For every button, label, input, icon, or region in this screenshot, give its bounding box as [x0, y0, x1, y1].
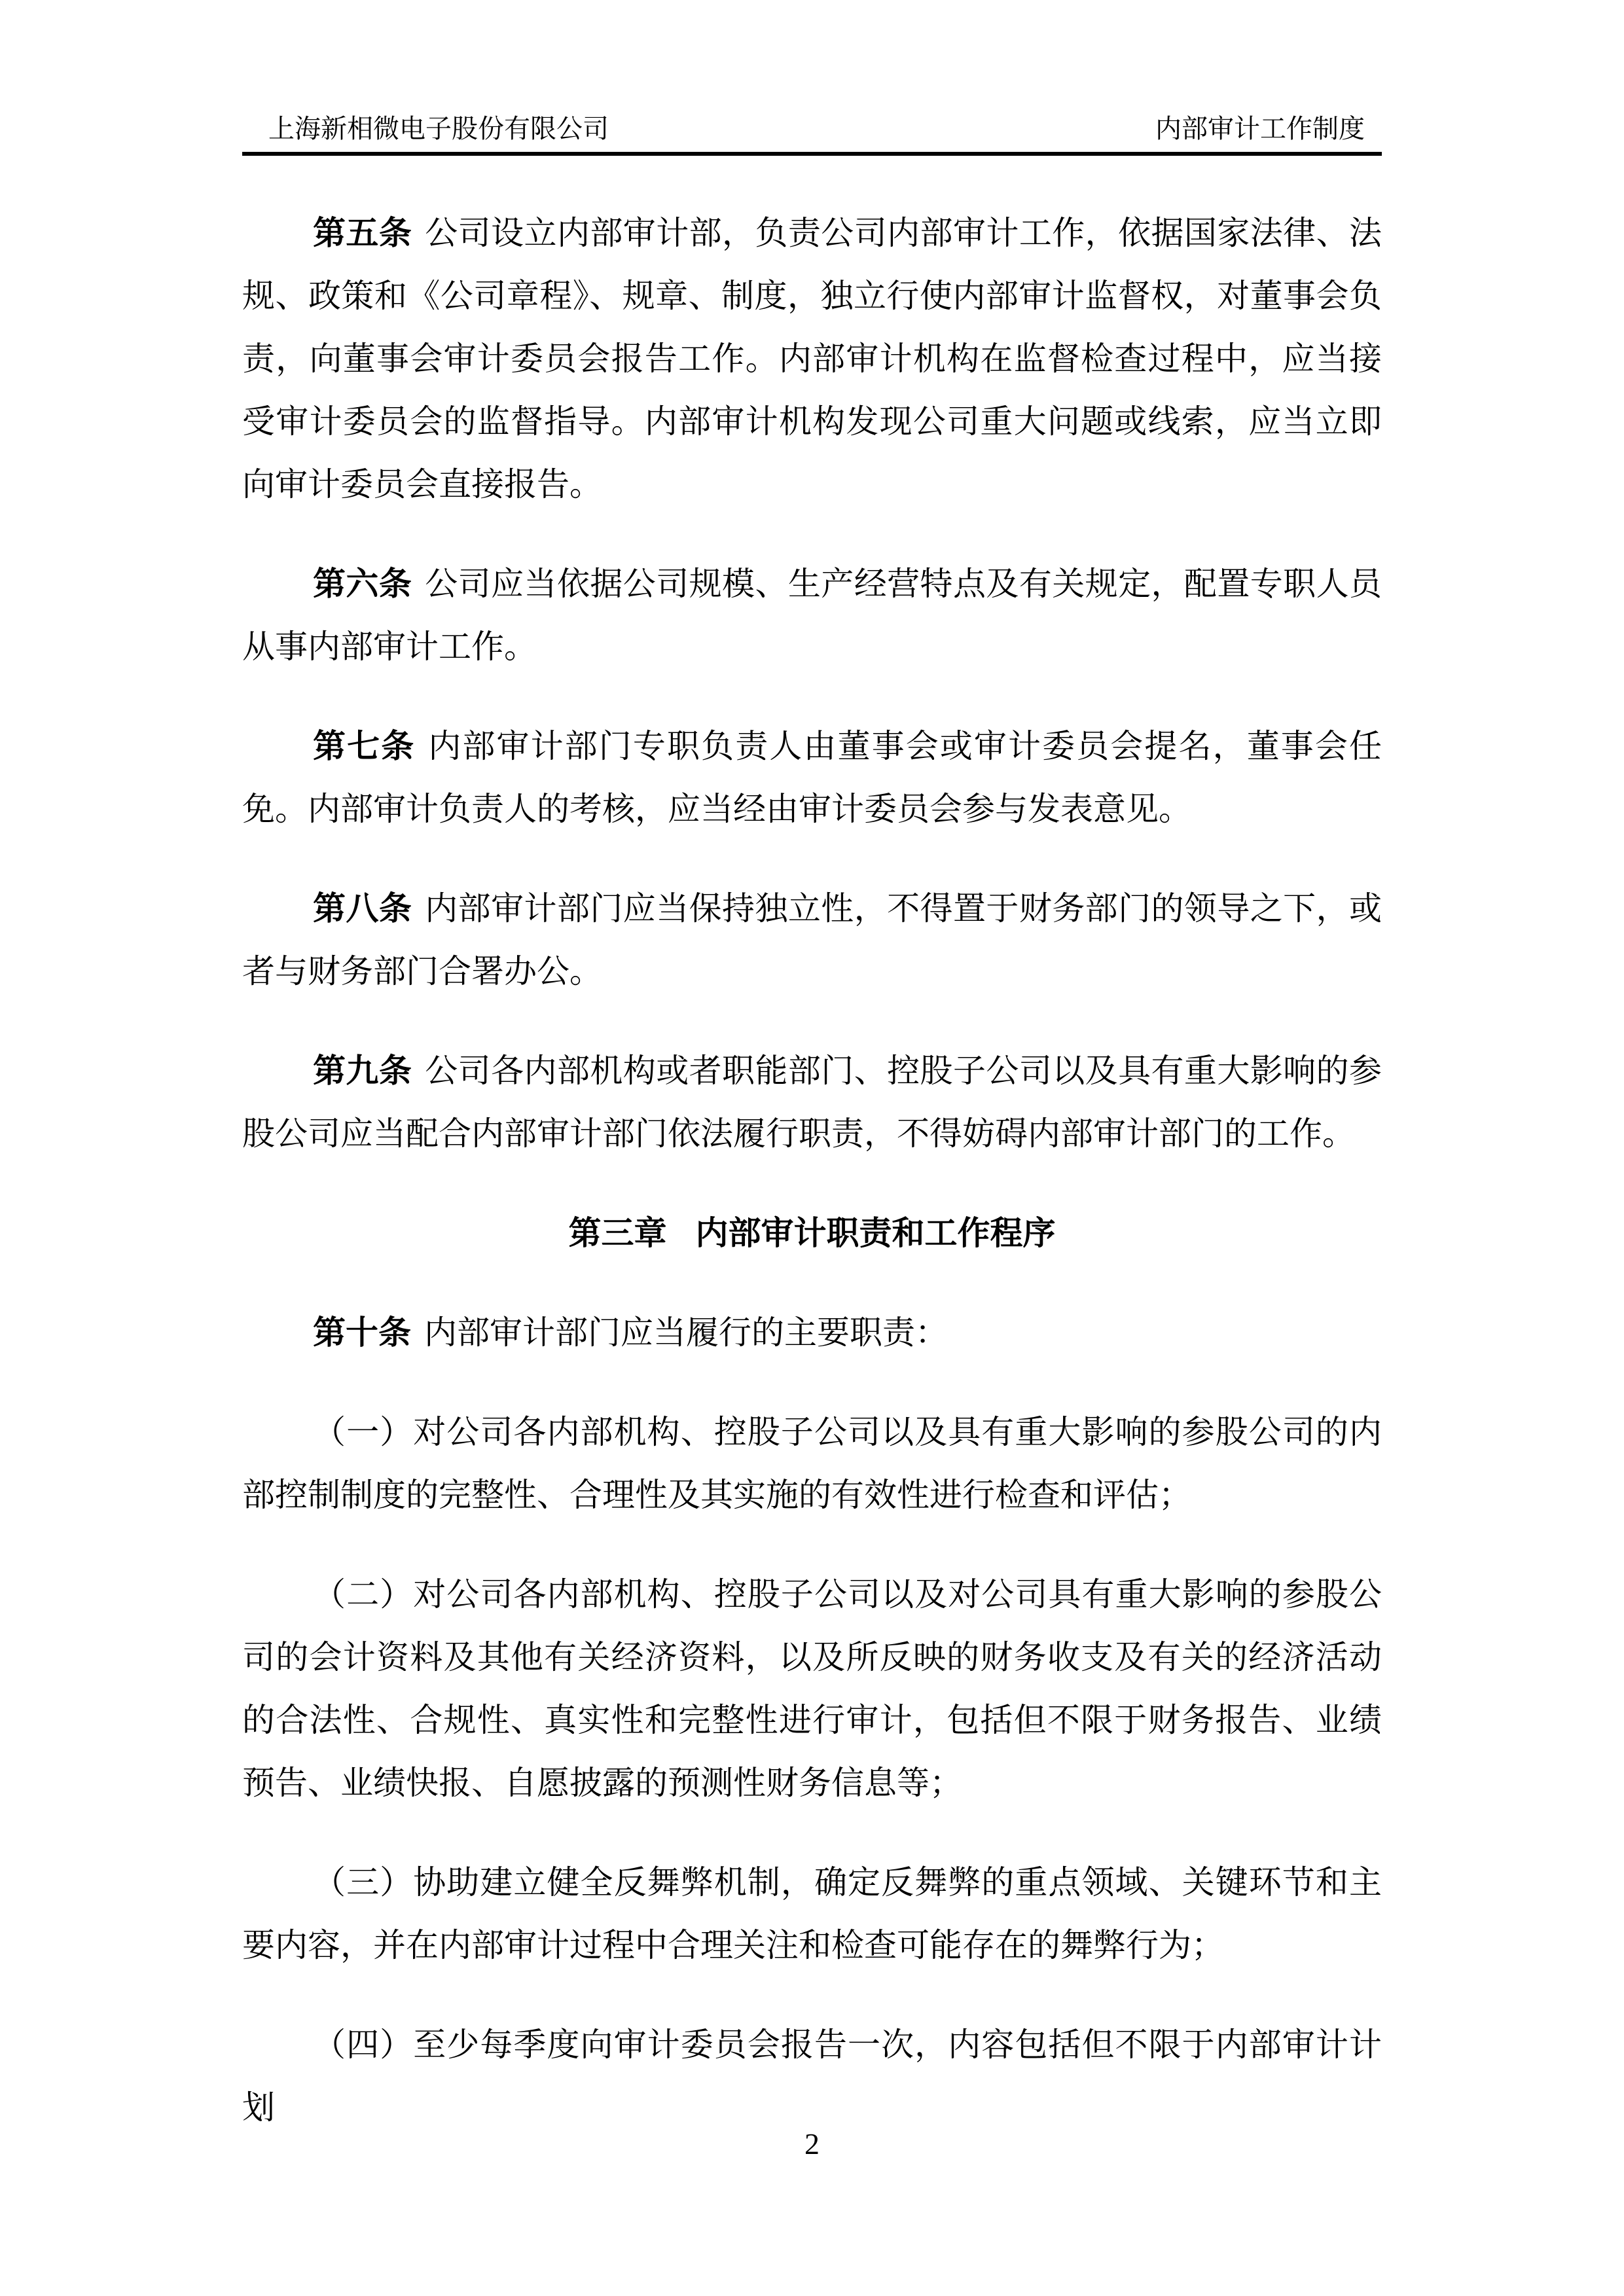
document-body: 第五条公司设立内部审计部，负责公司内部审计工作，依据国家法律、法规、政策和《公司…: [242, 156, 1382, 2139]
duty-item-1-text: （一）对公司各内部机构、控股子公司以及具有重大影响的参股公司的内部控制制度的完整…: [242, 1414, 1382, 1513]
article-6-text: 公司应当依据公司规模、生产经营特点及有关规定，配置专职人员从事内部审计工作。: [242, 565, 1382, 665]
chapter-3-title: 内部审计职责和工作程序: [696, 1215, 1056, 1251]
duty-item-3-text: （三）协助建立健全反舞弊机制，确定反舞弊的重点领域、关键环节和主要内容，并在内部…: [242, 1864, 1382, 1964]
duty-item-4-text: （四）至少每季度向审计委员会报告一次，内容包括但不限于内部审计计划: [242, 2026, 1382, 2126]
chapter-3-label: 第三章: [569, 1215, 667, 1251]
article-5-text: 公司设立内部审计部，负责公司内部审计工作，依据国家法律、法规、政策和《公司章程》…: [242, 215, 1382, 503]
article-5-label: 第五条: [313, 215, 412, 251]
article-10-label: 第十条: [313, 1314, 411, 1351]
article-9-label: 第九条: [313, 1052, 412, 1089]
article-10-text: 内部审计部门应当履行的主要职责：: [424, 1314, 948, 1351]
duty-item-3: （三）协助建立健全反舞弊机制，确定反舞弊的重点领域、关键环节和主要内容，并在内部…: [242, 1851, 1382, 1977]
article-7-label: 第七条: [313, 728, 415, 764]
article-8-label: 第八条: [313, 890, 412, 927]
header-document-title: 内部审计工作制度: [1155, 113, 1365, 145]
duty-item-2-text: （二）对公司各内部机构、控股子公司以及对公司具有重大影响的参股公司的会计资料及其…: [242, 1576, 1382, 1801]
article-10-paragraph: 第十条内部审计部门应当履行的主要职责：: [242, 1301, 1382, 1364]
duty-item-4: （四）至少每季度向审计委员会报告一次，内容包括但不限于内部审计计划: [242, 2013, 1382, 2139]
duty-item-1: （一）对公司各内部机构、控股子公司以及具有重大影响的参股公司的内部控制制度的完整…: [242, 1401, 1382, 1526]
chapter-3-heading: 第三章内部审计职责和工作程序: [242, 1202, 1382, 1265]
page-header: 上海新相微电子股份有限公司 内部审计工作制度: [242, 0, 1382, 156]
article-5-paragraph: 第五条公司设立内部审计部，负责公司内部审计工作，依据国家法律、法规、政策和《公司…: [242, 202, 1382, 516]
article-9-text: 公司各内部机构或者职能部门、控股子公司以及具有重大影响的参股公司应当配合内部审计…: [242, 1052, 1382, 1152]
article-6-paragraph: 第六条公司应当依据公司规模、生产经营特点及有关规定，配置专职人员从事内部审计工作…: [242, 552, 1382, 678]
duty-item-2: （二）对公司各内部机构、控股子公司以及对公司具有重大影响的参股公司的会计资料及其…: [242, 1563, 1382, 1814]
page-number: 2: [0, 2126, 1624, 2162]
article-8-text: 内部审计部门应当保持独立性，不得置于财务部门的领导之下，或者与财务部门合署办公。: [242, 890, 1382, 990]
article-7-paragraph: 第七条内部审计部门专职负责人由董事会或审计委员会提名，董事会任免。内部审计负责人…: [242, 715, 1382, 840]
article-8-paragraph: 第八条内部审计部门应当保持独立性，不得置于财务部门的领导之下，或者与财务部门合署…: [242, 877, 1382, 1003]
document-page: 上海新相微电子股份有限公司 内部审计工作制度 第五条公司设立内部审计部，负责公司…: [0, 0, 1624, 2296]
article-6-label: 第六条: [313, 565, 412, 602]
article-9-paragraph: 第九条公司各内部机构或者职能部门、控股子公司以及具有重大影响的参股公司应当配合内…: [242, 1039, 1382, 1165]
header-company-name: 上海新相微电子股份有限公司: [268, 113, 609, 145]
